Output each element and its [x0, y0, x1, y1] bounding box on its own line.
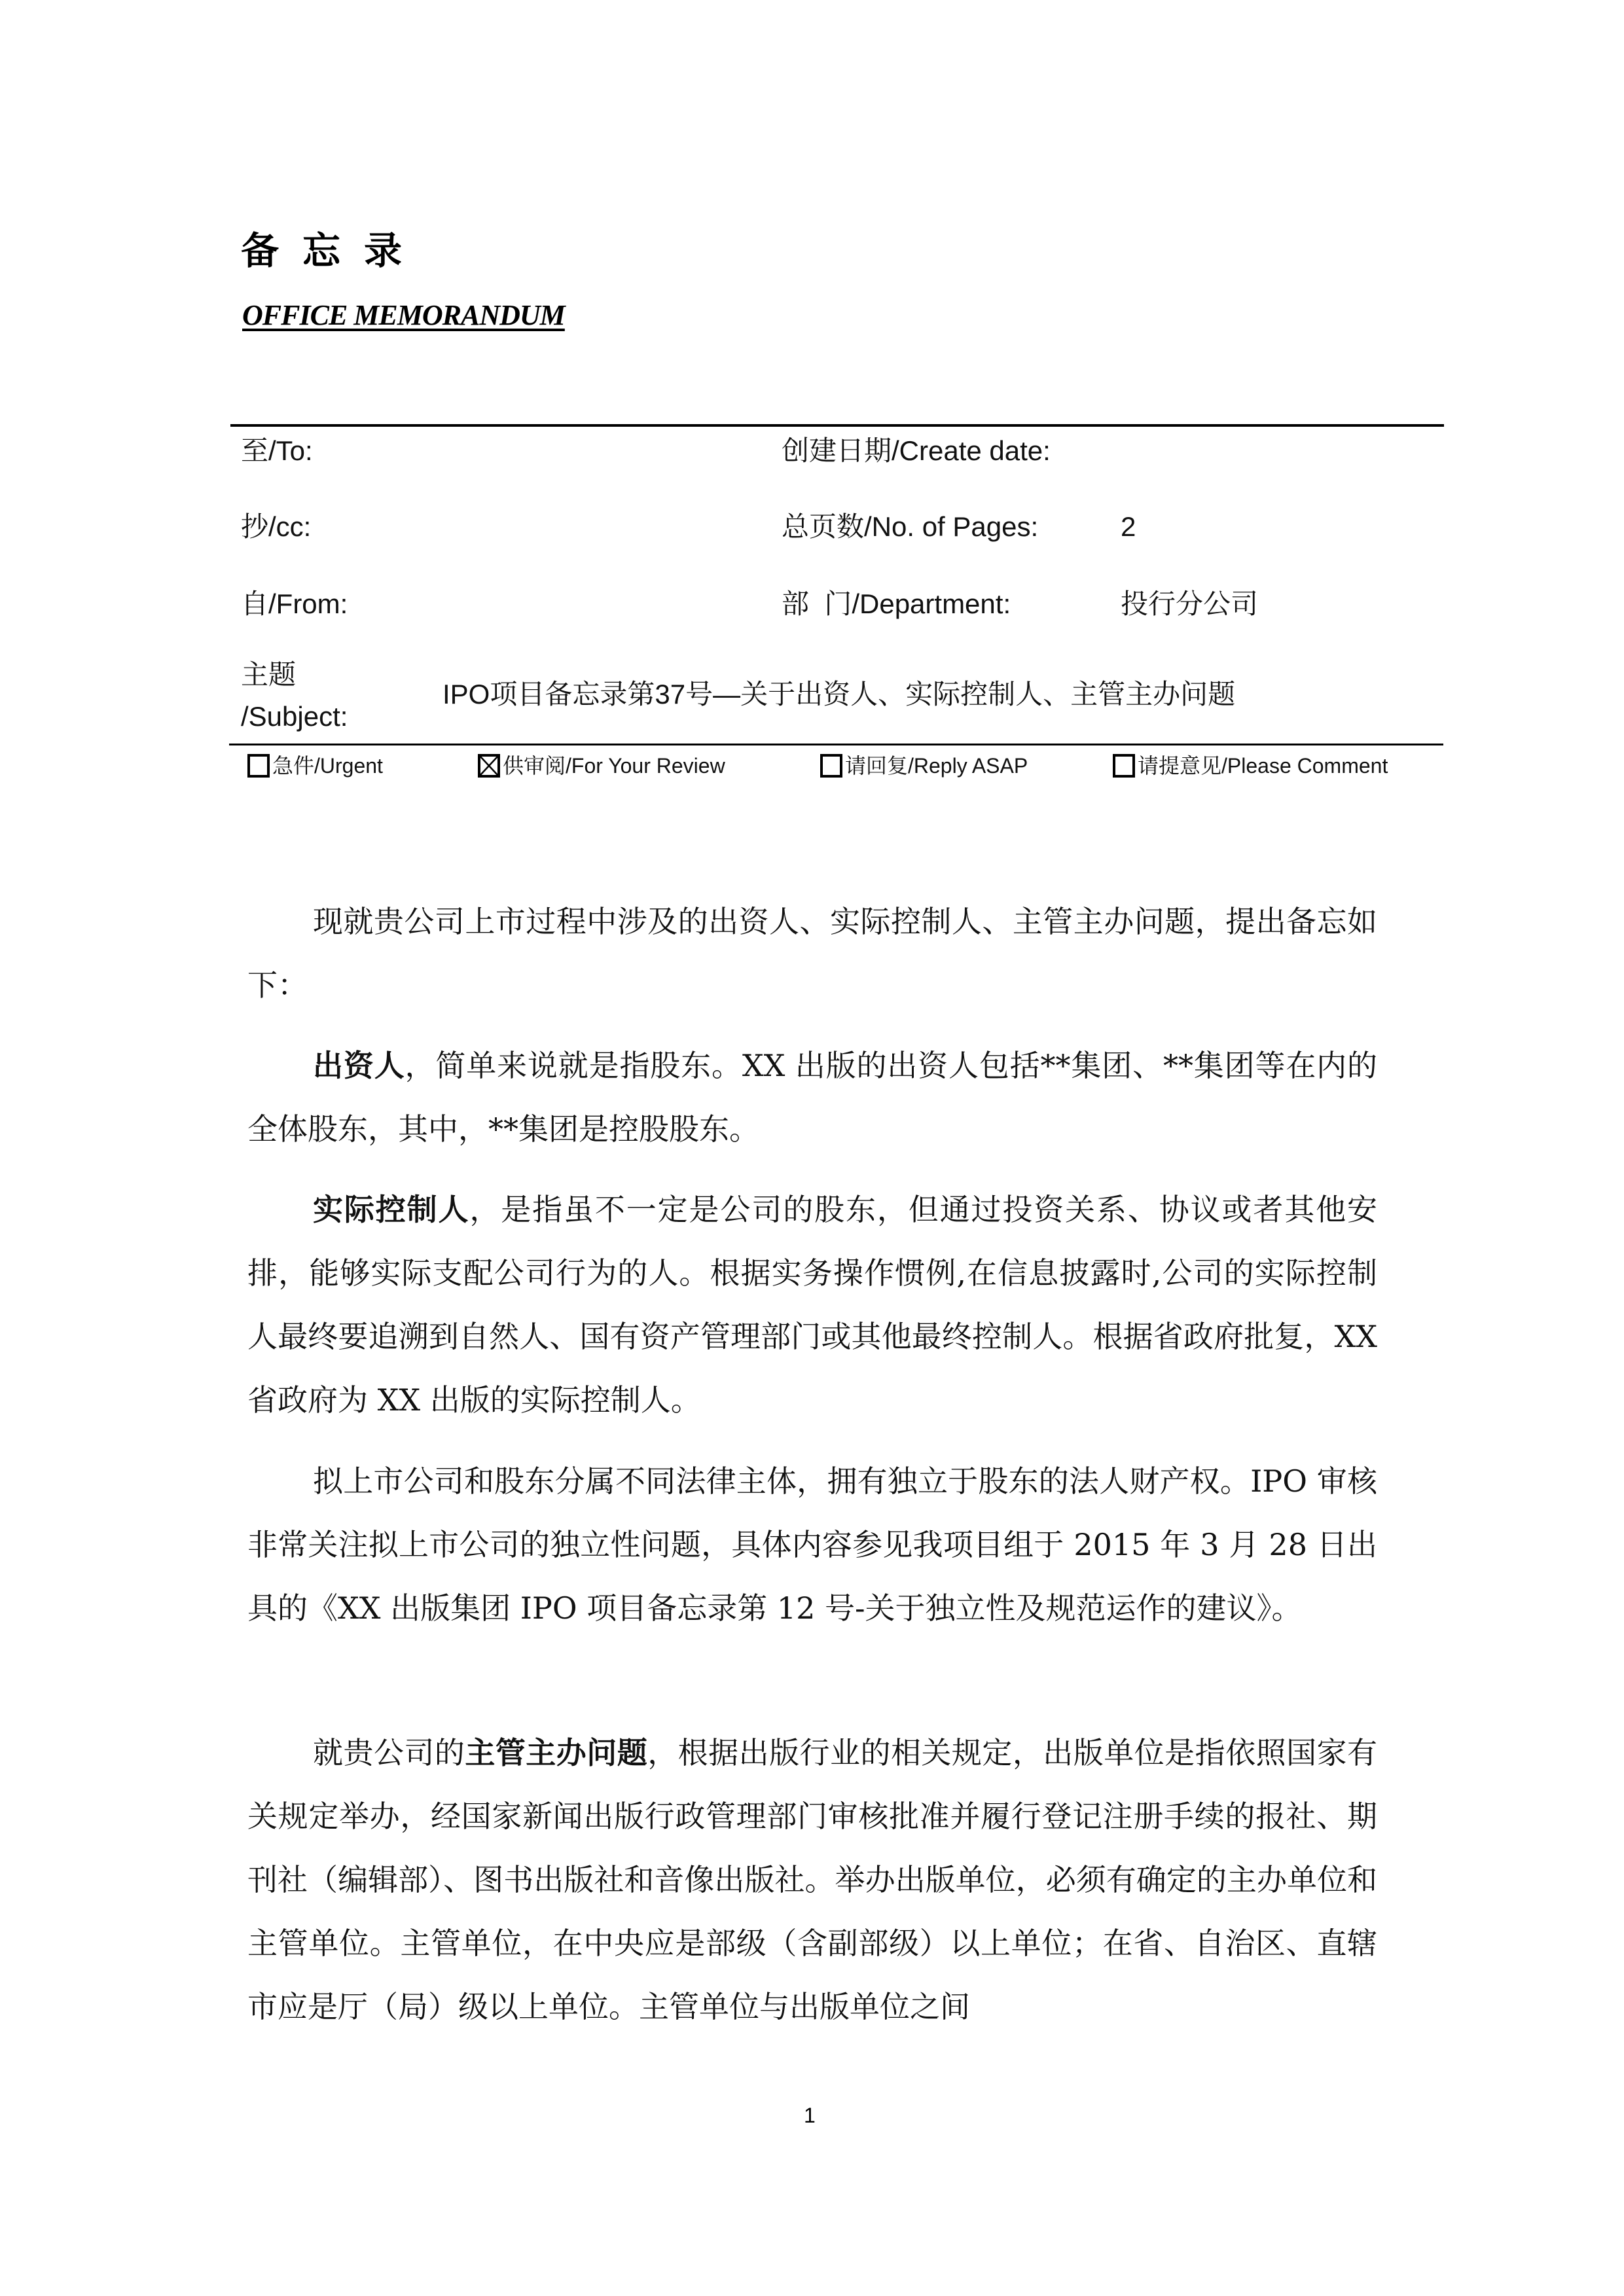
header-bottom-rule [229, 744, 1443, 745]
body-paragraph-independence: 拟上市公司和股东分属不同法律主体，拥有独立于股东的法人财产权。IPO 审核非常关… [247, 1450, 1377, 1640]
checkbox-unchecked-icon[interactable] [820, 754, 842, 778]
pages-label: 总页数/No. of Pages: [782, 511, 1038, 543]
flag-urgent-label: 急件/Urgent [272, 753, 383, 779]
to-label: 至/To: [241, 435, 313, 467]
subject-value: IPO项目备忘录第37号—关于出资人、实际控制人、主管主办问题 [442, 678, 1235, 711]
subject-label-cn: 主题 [241, 658, 296, 691]
body-paragraph-actual-controller: 实际控制人，是指虽不一定是公司的股东，但通过投资关系、协议或者其他安排，能够实际… [247, 1178, 1377, 1432]
create-date-label: 创建日期/Create date: [782, 435, 1051, 467]
term-supervisor-sponsor: 主管主办问题 [465, 1735, 647, 1770]
supervisor-sponsor-definition: ，根据出版行业的相关规定，出版单位是指依照国家有关规定举办，经国家新闻出版行政管… [247, 1735, 1377, 2024]
flag-please-comment-label: 请提意见/Please Comment [1138, 753, 1388, 779]
term-investor: 出资人 [313, 1048, 405, 1083]
memo-title-chinese: 备忘录 [241, 228, 425, 274]
investor-definition: ，简单来说就是指股东。XX 出版的出资人包括**集团、**集团等在内的全体股东，… [247, 1048, 1377, 1147]
memo-title-english: OFFICE MEMORANDUM [242, 298, 565, 332]
flag-reply-asap[interactable]: 请回复/Reply ASAP [820, 753, 1028, 779]
header-top-rule [230, 424, 1444, 427]
checkbox-checked-icon[interactable] [478, 754, 500, 778]
subject-label-en: /Subject: [241, 700, 348, 733]
flag-urgent[interactable]: 急件/Urgent [247, 753, 383, 779]
supervisor-intro: 就贵公司的 [313, 1735, 465, 1770]
department-label: 部 门/Department: [782, 588, 1011, 620]
from-label: 自/From: [241, 588, 348, 620]
body-paragraph-supervisor-sponsor: 就贵公司的主管主办问题，根据出版行业的相关规定，出版单位是指依照国家有关规定举办… [247, 1721, 1377, 2039]
body-paragraph-intro: 现就贵公司上市过程中涉及的出资人、实际控制人、主管主办问题，提出备忘如下： [247, 890, 1377, 1017]
flag-for-your-review[interactable]: 供审阅/For Your Review [478, 753, 725, 779]
flag-reply-asap-label: 请回复/Reply ASAP [845, 753, 1028, 779]
cc-label: 抄/cc: [241, 511, 311, 543]
body-paragraph-investor: 出资人，简单来说就是指股东。XX 出版的出资人包括**集团、**集团等在内的全体… [247, 1034, 1377, 1161]
flag-for-your-review-label: 供审阅/For Your Review [503, 753, 725, 779]
pages-value: 2 [1121, 511, 1136, 543]
department-value: 投行分公司 [1121, 588, 1258, 620]
flag-please-comment[interactable]: 请提意见/Please Comment [1113, 753, 1388, 779]
page-number: 1 [804, 2102, 816, 2128]
checkbox-unchecked-icon[interactable] [1113, 754, 1135, 778]
term-actual-controller: 实际控制人 [313, 1192, 469, 1227]
checkbox-unchecked-icon[interactable] [247, 754, 270, 778]
